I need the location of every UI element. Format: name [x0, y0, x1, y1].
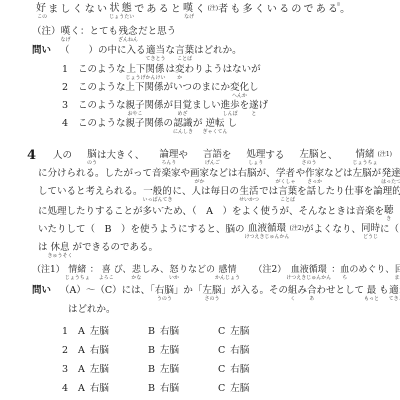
furigana: はったつ	[381, 180, 400, 185]
furigana: じょうちょ	[337, 161, 377, 166]
section-4: 4 人の脳のうは大きく、論理ろんりや言語げんごを処理しょりする左脳さのうと、情緒…	[0, 149, 400, 260]
furigana: か	[175, 76, 185, 81]
ruby-word: 作家さっか	[305, 168, 324, 185]
answer-value: 左脳	[230, 383, 249, 394]
passage-line: は休息きゅうそくができるのである。	[38, 242, 400, 261]
ruby-word: 残念ざんねん	[118, 26, 138, 43]
ruby-word: 組く	[288, 285, 298, 302]
answer-col-label: C	[218, 345, 225, 356]
answer-col-label: A	[78, 326, 85, 337]
furigana: めざ	[173, 112, 192, 117]
ruby-word: 学者がくしゃ	[276, 168, 296, 185]
answer-value: 左脳	[90, 326, 109, 337]
ruby-word: 論理ろんり	[144, 149, 178, 166]
furigana: じょうげかんけい	[126, 76, 166, 81]
furigana: がくしゃ	[276, 180, 296, 185]
ruby-word: 好この	[36, 3, 48, 20]
furigana: きゅうそく	[48, 254, 73, 259]
answer-col-label: C	[218, 364, 225, 375]
option-text: このような上下関係がいつのまにか変化へんかし	[78, 82, 259, 93]
ruby-word: 進歩しんぽ	[221, 100, 240, 117]
furigana: いっぱんてき	[143, 198, 173, 203]
ruby-word: 言語げんご	[188, 149, 222, 166]
ruby-word: 目覚めざ	[173, 100, 192, 117]
ruby-word: 休息きゅうそく	[48, 242, 73, 259]
option-number: 2	[62, 82, 78, 94]
furigana: てき	[392, 161, 400, 166]
option-number: 3	[62, 100, 78, 112]
note-marker: ″	[162, 207, 164, 214]
answer-col-label: B	[148, 383, 155, 394]
answer-option-row-3: 3A左脳B左脳C右脳	[62, 364, 400, 383]
ruby-word: 上下関係じょうげかんけい	[126, 64, 166, 81]
passage-line: いたりして（ B ）を使うようにすると、脳の血液循環けつえきじゅんかん(注2)が…	[38, 223, 400, 242]
passage-line: に分けられる。したがって音楽家や画家がかなどは右脳が、学者がくしゃや作家さっかな…	[38, 168, 400, 187]
answer-value: 右脳	[230, 345, 249, 356]
note-marker: (注)	[207, 5, 218, 12]
answer-col-label: A	[78, 364, 85, 375]
scan-artifact	[337, 2, 340, 6]
furigana: き	[384, 217, 394, 222]
question-1-text: （ ）の中に入る適当てきとうな言葉ことばはどれか。	[60, 45, 242, 56]
furigana: へんか	[230, 94, 249, 99]
question-1-option-2: 2このような上下関係がいつのまにか変化へんかし	[62, 82, 400, 100]
ruby-word: 脳のう	[72, 149, 97, 166]
reading-passage: 人の脳のうは大きく、論理ろんりや言語げんごを処理しょりする左脳さのうと、情緒じょ…	[38, 149, 400, 260]
furigana: うのう	[155, 297, 174, 302]
answer-col-label: B	[148, 364, 155, 375]
ruby-word: 画家がか	[190, 168, 209, 185]
ruby-word: 言葉ことば	[278, 186, 297, 203]
ruby-word: 左脳さのう	[284, 149, 318, 166]
question-1-label: 問い	[32, 45, 51, 56]
furigana: けつえきじゅんかん	[286, 276, 331, 281]
ruby-word: 嘆なげ	[61, 26, 71, 43]
answer-value: 左脳	[230, 326, 249, 337]
furigana: ことば	[278, 198, 297, 203]
question-2-text-continued: はどれか。	[68, 304, 400, 326]
furigana: もっと	[364, 297, 379, 302]
furigana: どうじ	[361, 235, 380, 240]
furigana: のう	[72, 161, 97, 166]
ruby-word: 遂と	[249, 100, 259, 117]
previous-passage-last-line: 好このましくない状態じょうたいであると嘆なげく(注)者も多くいるのである。	[36, 0, 400, 26]
answer-option-row-1: 1A左脳B右脳C左脳	[62, 326, 400, 345]
answer-value: 右脳	[90, 383, 109, 394]
answer-col-label: B	[148, 326, 155, 337]
answer-col-label: A	[78, 383, 85, 394]
ruby-word: 適当てきとう	[146, 45, 166, 62]
ruby-word: 血ち	[340, 264, 349, 281]
ruby-word: 認識にんしき	[173, 118, 193, 135]
option-text: このような親子関係の認識にんしきが逆転ぎゃくてんし	[78, 118, 237, 129]
furigana: ざんねん	[118, 38, 138, 43]
option-text: このような親子おやこ関係が目覚めざましい進歩しんぽを遂とげ	[78, 100, 268, 111]
answer-value: 左脳	[160, 364, 179, 375]
ruby-word: 情緒じょうちょ	[337, 149, 377, 166]
passage-line: していると考えられる。一般的いっぱんてきに、人は毎日の生活せいかつでは言葉ことば…	[38, 186, 400, 205]
furigana: と	[249, 112, 259, 117]
ruby-word: 右脳うのう	[155, 285, 174, 302]
question-1-option-1: 1このような上下関係じょうげかんけいは変かわりようはないが	[62, 64, 400, 82]
furigana: ろんり	[144, 161, 178, 166]
furigana: じょうちょ	[65, 276, 90, 281]
passage-notes: （注1）情緒じょうちょ：喜よろこび、悲かなしみ、怒いかりなどの感情かんじょう （…	[32, 264, 400, 285]
furigana: よろこ	[99, 276, 114, 281]
furigana: いか	[169, 276, 179, 281]
ruby-word: 一般的いっぱんてき	[143, 186, 173, 203]
question-1-option-3: 3このような親子おやこ関係が目覚めざましい進歩しんぽを遂とげ	[62, 100, 400, 118]
furigana: しょり	[231, 161, 265, 166]
answer-col-label: C	[218, 383, 225, 394]
answer-col-label: C	[218, 326, 225, 337]
furigana: てきとう	[389, 297, 400, 302]
ruby-word: 聴き	[384, 205, 394, 222]
furigana: がか	[190, 180, 209, 185]
answer-option-number: 1	[62, 326, 78, 338]
answer-col-label: A	[78, 345, 85, 356]
ruby-word: 言葉ことば	[175, 45, 194, 62]
furigana: ち	[340, 276, 349, 281]
furigana: ことば	[175, 57, 194, 62]
section-number: 4	[27, 148, 36, 163]
furigana: さのう	[202, 297, 221, 302]
answer-value: 右脳	[160, 326, 179, 337]
furigana: げんご	[188, 161, 222, 166]
passage-line: に処理したりすることが多い″ため、（ A ）をよく使うが、そんなときは音楽を聴き	[38, 205, 400, 224]
ruby-word: 回まわ	[394, 264, 400, 281]
ruby-word: 喜よろこ	[99, 264, 114, 281]
ruby-word: 変化へんか	[230, 82, 249, 99]
ruby-word: 感情かんじょう	[215, 264, 240, 281]
question-2: 問い（A）～（C）には、「右脳うのう」か「左脳さのう」が入る。その組くみ合あわせ…	[32, 285, 400, 304]
ruby-word: 適当てきとう	[389, 285, 400, 302]
answer-value: 右脳	[230, 364, 249, 375]
ruby-word: 的てき	[392, 149, 400, 166]
note-marker: (注1)	[377, 151, 392, 158]
answer-value: 左脳	[90, 364, 109, 375]
furigana: なげ	[183, 15, 195, 20]
ruby-word: 合あ	[307, 285, 317, 302]
ruby-word: 逆転ぎゃくてん	[203, 118, 228, 135]
ruby-word: 情緒じょうちょ	[65, 264, 90, 281]
answer-col-label: B	[148, 345, 155, 356]
answer-option-number: 2	[62, 345, 78, 357]
furigana: じょうたい	[109, 15, 134, 20]
answer-value: 右脳	[160, 383, 179, 394]
furigana: く	[288, 297, 298, 302]
furigana: さっか	[305, 180, 324, 185]
ruby-word: 発達はったつ	[381, 168, 400, 185]
ruby-word: 状態じょうたい	[109, 3, 134, 20]
furigana: かんじょう	[215, 276, 240, 281]
furigana: にんしき	[173, 130, 193, 135]
question-2-text: （A）～（C）には、「右脳うのう」か「左脳さのう」が入る。その組くみ合あわせとし…	[60, 285, 400, 296]
ruby-word: 生活せいかつ	[239, 186, 259, 203]
ruby-word: 親子おやこ	[126, 100, 145, 117]
furigana: なげ	[61, 38, 71, 43]
furigana: しんぽ	[221, 112, 240, 117]
answer-value: 右脳	[90, 345, 109, 356]
ruby-word: 嘆なげ	[183, 3, 195, 20]
note-marker: (注2)	[290, 225, 305, 232]
option-number: 4	[62, 118, 78, 130]
ruby-word: 左脳さのう	[202, 285, 221, 302]
answer-option-row-2: 2A右脳B左脳C右脳	[62, 345, 400, 364]
passage-line: 人の脳のうは大きく、論理ろんりや言語げんごを処理しょりする左脳さのうと、情緒じょ…	[38, 149, 400, 168]
furigana: けつえきじゅんかん	[244, 235, 289, 240]
ruby-word: 処理しょり	[231, 149, 265, 166]
document-page: 好このましくない状態じょうたいであると嘆なげく(注)者も多くいるのである。 （注…	[0, 0, 400, 400]
ruby-word: 最もっと	[364, 285, 379, 302]
option-number: 1	[62, 64, 78, 76]
furigana: せいかつ	[239, 198, 259, 203]
ruby-word: 血液循環けつえきじゅんかん	[244, 223, 289, 240]
furigana: この	[36, 15, 48, 20]
answer-value: 左脳	[160, 345, 179, 356]
furigana: ぎゃくてん	[203, 130, 228, 135]
furigana: まわ	[394, 276, 400, 281]
option-text: このような上下関係じょうげかんけいは変かわりようはないが	[78, 64, 261, 75]
ruby-word: 変か	[175, 64, 185, 81]
furigana: かな	[131, 276, 141, 281]
note-definition: （注）嘆なげく：とても残念ざんねんだと思う	[32, 26, 400, 45]
ruby-word: 血液循環けつえきじゅんかん	[286, 264, 331, 281]
ruby-word: 悲かな	[131, 264, 141, 281]
furigana: さのう	[284, 161, 318, 166]
ruby-word: 同時どうじ	[361, 223, 380, 240]
furigana: おやこ	[126, 112, 145, 117]
question-2-label: 問い	[32, 285, 51, 296]
question-1-option-4: 4このような親子関係の認識にんしきが逆転ぎゃくてんし	[62, 118, 400, 136]
ruby-word: 怒いか	[169, 264, 179, 281]
furigana: てきとう	[146, 57, 166, 62]
answer-option-number: 3	[62, 364, 78, 376]
question-1: 問い（ ）の中に入る適当てきとうな言葉ことばはどれか。	[32, 45, 400, 64]
furigana: あ	[307, 297, 317, 302]
answer-option-row-4: 4A右脳B右脳C左脳	[62, 383, 400, 400]
answer-option-number: 4	[62, 383, 78, 395]
